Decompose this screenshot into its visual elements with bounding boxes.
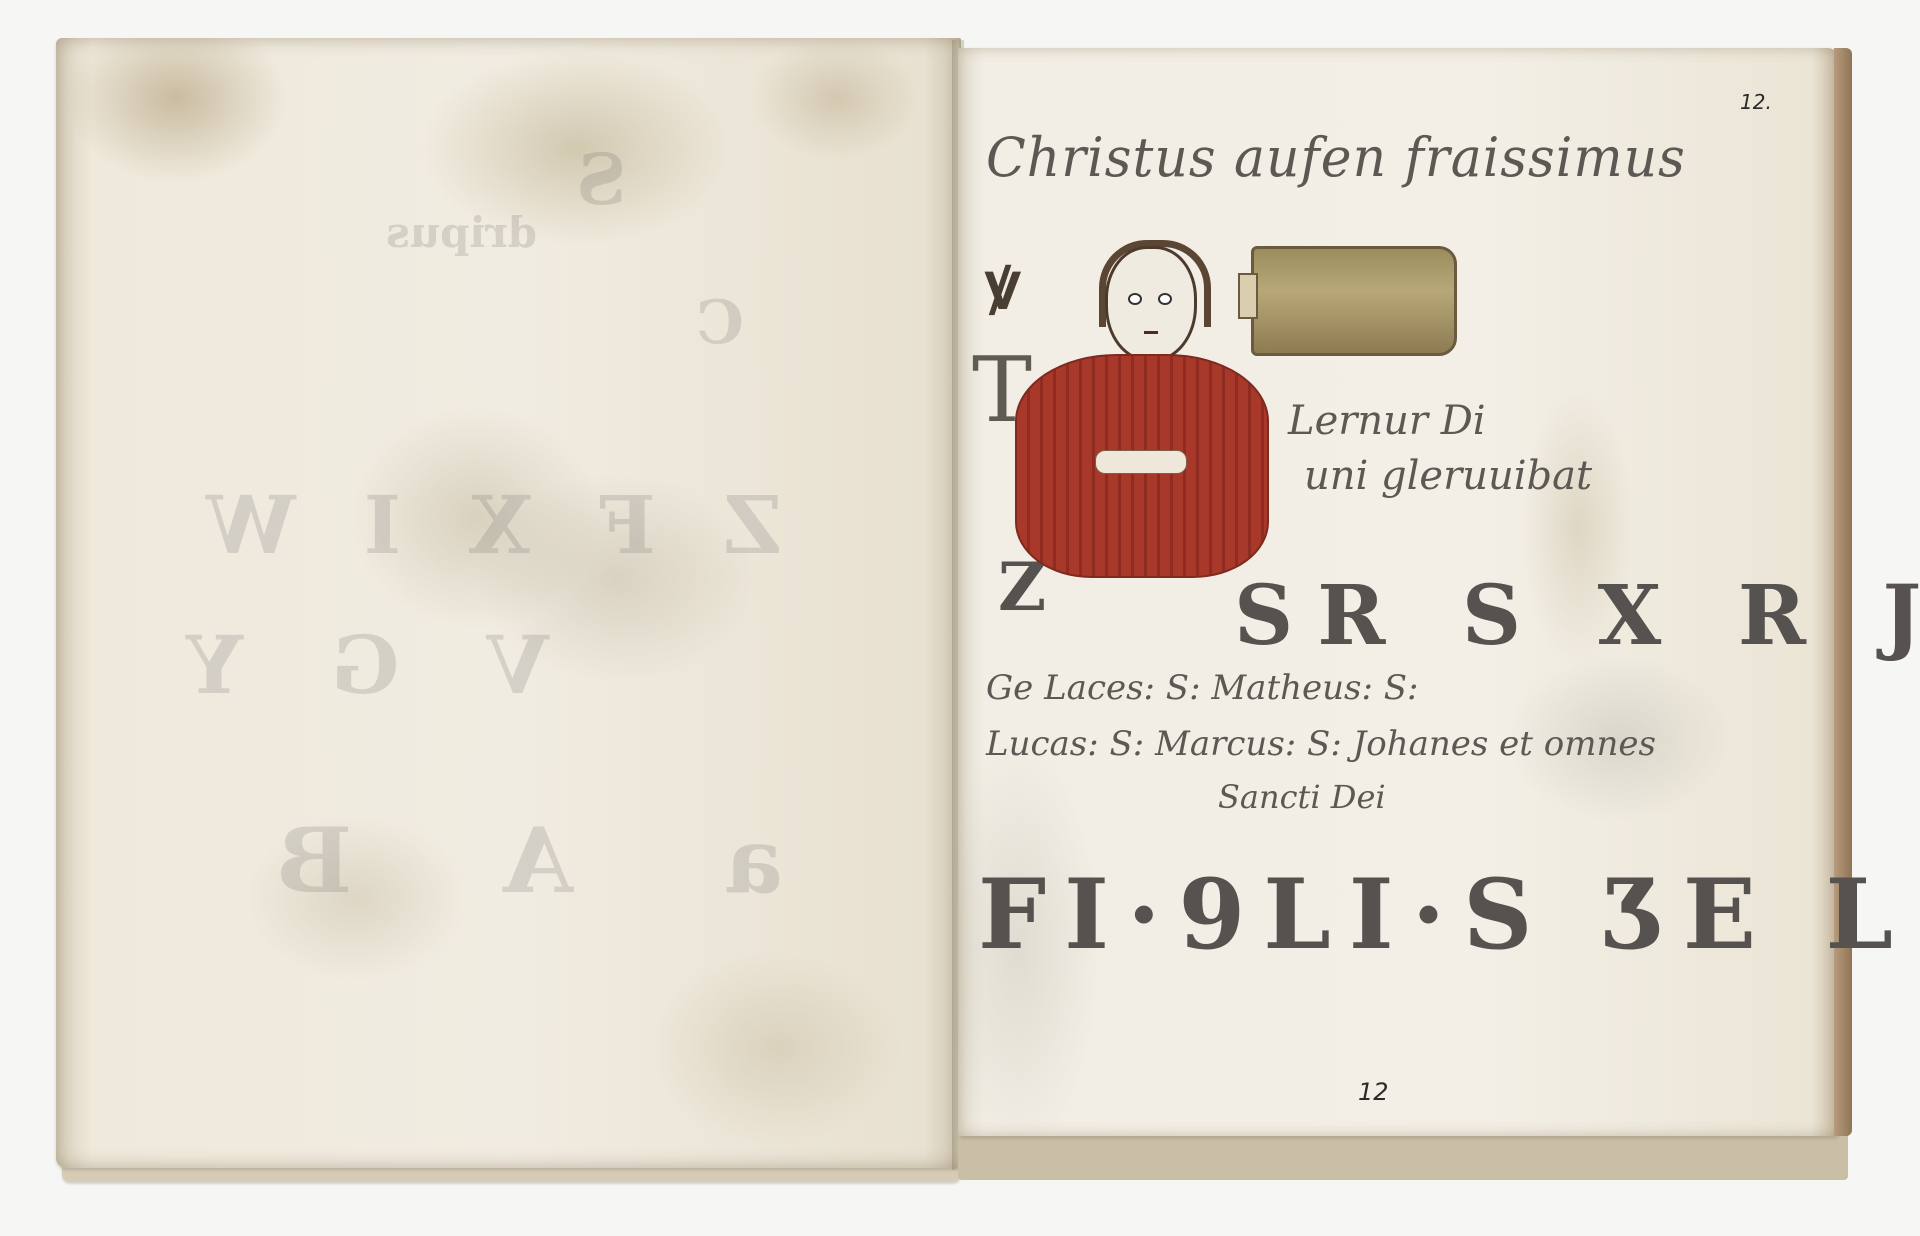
manuscript-spread: S dripus C Z F X I W V G Y a A B 12. Chr… (0, 0, 1920, 1236)
text-line: Sancti Dei (1218, 778, 1386, 816)
show-through-text: V G Y (156, 618, 549, 712)
show-through-text: Z F X I W (186, 478, 782, 572)
page-title: Christus aufen fraissimus (986, 127, 1686, 190)
show-through-text: C (696, 288, 744, 358)
show-through-text: S (576, 138, 627, 221)
show-through-text: dripus (386, 208, 537, 257)
figure-hands (1095, 450, 1187, 474)
right-page: 12. Christus aufen fraissimus ꝟ T Z Lern… (958, 48, 1838, 1136)
eye-icon (1128, 293, 1142, 305)
figure-head (1105, 246, 1197, 362)
eye-icon (1158, 293, 1172, 305)
text-line: Lucas: S: Marcus: S: Johanes et omnes (986, 724, 1656, 764)
illustration-figure (1015, 240, 1445, 580)
page-edge (62, 1164, 961, 1182)
show-through-text: a A B (216, 808, 783, 914)
cipher-row: FI·9LI·S ƷE L S (978, 858, 1920, 971)
cipher-row: SR S X R J (1234, 568, 1920, 664)
left-page: S dripus C Z F X I W V G Y a A B (56, 38, 961, 1168)
text-line: Ge Laces: S: Matheus: S: (986, 668, 1419, 708)
figure-mouth (1144, 331, 1158, 334)
tassel-drawing (1251, 246, 1457, 356)
folio-number-bottom: 12 (1358, 1078, 1389, 1106)
folio-number-top: 12. (1740, 90, 1772, 114)
